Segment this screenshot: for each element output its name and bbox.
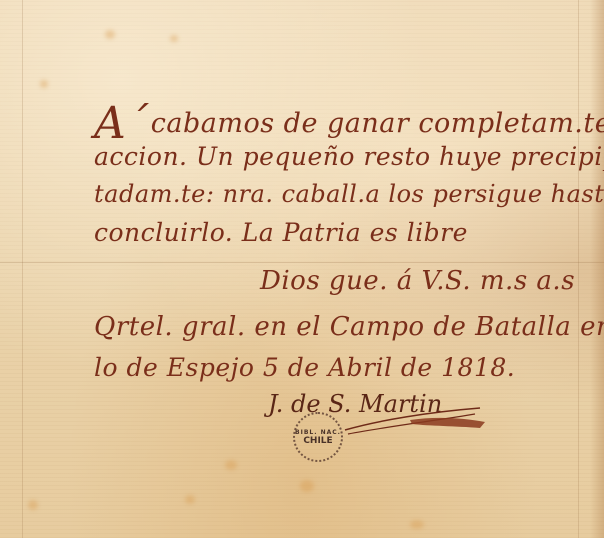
signature-flourish-icon — [340, 400, 490, 440]
foxing-spot — [225, 460, 237, 470]
foxing-spot — [300, 480, 314, 492]
foxing-spot — [410, 520, 424, 529]
foxing-spot — [185, 495, 195, 504]
manuscript-line-2: accion. Un pequeño resto huye precipi_ — [94, 142, 604, 171]
paper-edge — [590, 0, 604, 538]
manuscript-line-4: concluirlo. La Patria es libre — [94, 218, 468, 247]
fold-line — [22, 0, 23, 538]
library-stamp: BIBL. NAC. CHILE — [293, 412, 343, 462]
foxing-spot — [28, 500, 38, 510]
manuscript-line-1: A´cabamos de ganar completam.te la — [94, 92, 604, 143]
stamp-arc-text: BIBL. NAC. — [295, 429, 341, 436]
manuscript-line-6: Qrtel. gral. en el Campo de Batalla en — [94, 312, 604, 342]
foxing-spot — [105, 30, 115, 39]
foxing-spot — [170, 35, 178, 42]
foxing-spot — [40, 80, 48, 88]
fold-line — [0, 262, 604, 263]
fold-line — [578, 0, 579, 538]
manuscript-line-3: tadam.te: nra. caball.a los persigue has… — [94, 180, 604, 208]
manuscript-line-5: Dios gue. á V.S. m.s a.s — [260, 266, 575, 296]
stamp-center-text: CHILE — [303, 436, 332, 446]
manuscript-line-7: lo de Espejo 5 de Abril de 1818. — [94, 353, 515, 382]
manuscript-page: A´cabamos de ganar completam.te la accio… — [0, 0, 604, 538]
